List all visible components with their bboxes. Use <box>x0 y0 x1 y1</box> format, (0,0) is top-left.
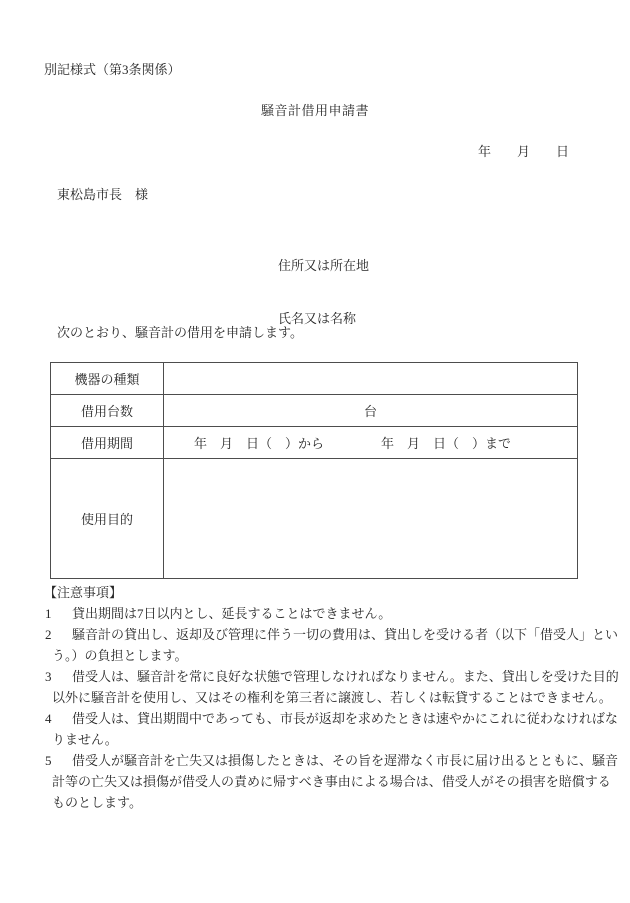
note-line: 以外に騒音計を使用し、又はその権利を第三者に譲渡し、若しくは転貸することはできま… <box>44 687 624 708</box>
document-title: 騒音計借用申請書 <box>0 103 630 119</box>
note-number: 4 <box>45 708 52 729</box>
date-fill-in-line[interactable]: 年 月 日 <box>478 144 569 160</box>
note-line: 借受人が騒音計を亡失又は損傷したときは、その旨を遅滞なく市長に届け出るとともに、… <box>44 750 624 771</box>
intro-sentence: 次のとおり、騒音計の借用を申請します。 <box>57 325 303 341</box>
table-row-loan-period: 借用期間 年 月 日（ ）から 年 月 日（ ）まで <box>51 427 577 459</box>
purpose-label: 使用目的 <box>51 459 164 578</box>
note-number: 3 <box>45 666 52 687</box>
note-item-2: 2 騒音計の貸出し、返却及び管理に伴う一切の費用は、貸出しを受ける者（以下「借受… <box>44 624 624 666</box>
note-item-1: 1 貸出期間は7日以内とし、延長することはできません。 <box>44 603 624 624</box>
purpose-field[interactable] <box>164 459 577 578</box>
loan-period-label: 借用期間 <box>51 427 164 458</box>
note-number: 1 <box>45 603 52 624</box>
note-number: 2 <box>45 624 52 645</box>
note-line: 計等の亡失又は損傷が借受人の責めに帰すべき事由による場合は、借受人がその損害を賠… <box>44 771 624 792</box>
table-row-equipment-type: 機器の種類 <box>51 363 577 395</box>
addressee-line: 東松島市長 様 <box>57 187 148 203</box>
notes-section: 【注意事項】 1 貸出期間は7日以内とし、延長することはできません。 2 騒音計… <box>44 582 624 813</box>
applicant-address-label: 住所又は所在地 <box>278 255 369 277</box>
note-item-3: 3 借受人は、騒音計を常に良好な状態で管理しなければなりません。また、貸出しを受… <box>44 666 624 708</box>
table-row-unit-count: 借用台数 台 <box>51 395 577 427</box>
note-line: 借受人は、騒音計を常に良好な状態で管理しなければなりません。また、貸出しを受けた… <box>44 666 624 687</box>
loan-period-to: 年 月 日（ ）まで <box>381 433 511 452</box>
loan-period-from: 年 月 日（ ）から <box>194 433 324 452</box>
notes-heading: 【注意事項】 <box>44 582 624 603</box>
note-item-5: 5 借受人が騒音計を亡失又は損傷したときは、その旨を遅滞なく市長に届け出るととも… <box>44 750 624 813</box>
note-line: りません。 <box>44 729 624 750</box>
application-table: 機器の種類 借用台数 台 借用期間 年 月 日（ ）から 年 月 日（ ）まで … <box>50 362 578 579</box>
note-line: 騒音計の貸出し、返却及び管理に伴う一切の費用は、貸出しを受ける者（以下「借受人」… <box>44 624 624 645</box>
document-page: 別記様式（第3条関係） 騒音計借用申請書 年 月 日 東松島市長 様 住所又は所… <box>0 0 630 903</box>
note-number: 5 <box>45 750 52 771</box>
unit-count-field[interactable]: 台 <box>164 395 577 426</box>
note-item-4: 4 借受人は、貸出期間中であっても、市長が返却を求めたときは速やかにこれに従わな… <box>44 708 624 750</box>
note-line: ものとします。 <box>44 792 624 813</box>
note-line: 借受人は、貸出期間中であっても、市長が返却を求めたときは速やかにこれに従わなけれ… <box>44 708 624 729</box>
unit-count-label: 借用台数 <box>51 395 164 426</box>
loan-period-field[interactable]: 年 月 日（ ）から 年 月 日（ ）まで <box>164 427 577 458</box>
note-line: 貸出期間は7日以内とし、延長することはできません。 <box>44 603 624 624</box>
note-line: う。）の負担とします。 <box>44 645 624 666</box>
table-row-purpose: 使用目的 <box>51 459 577 578</box>
form-code-label: 別記様式（第3条関係） <box>44 62 181 78</box>
equipment-type-label: 機器の種類 <box>51 363 164 394</box>
equipment-type-field[interactable] <box>164 363 577 394</box>
